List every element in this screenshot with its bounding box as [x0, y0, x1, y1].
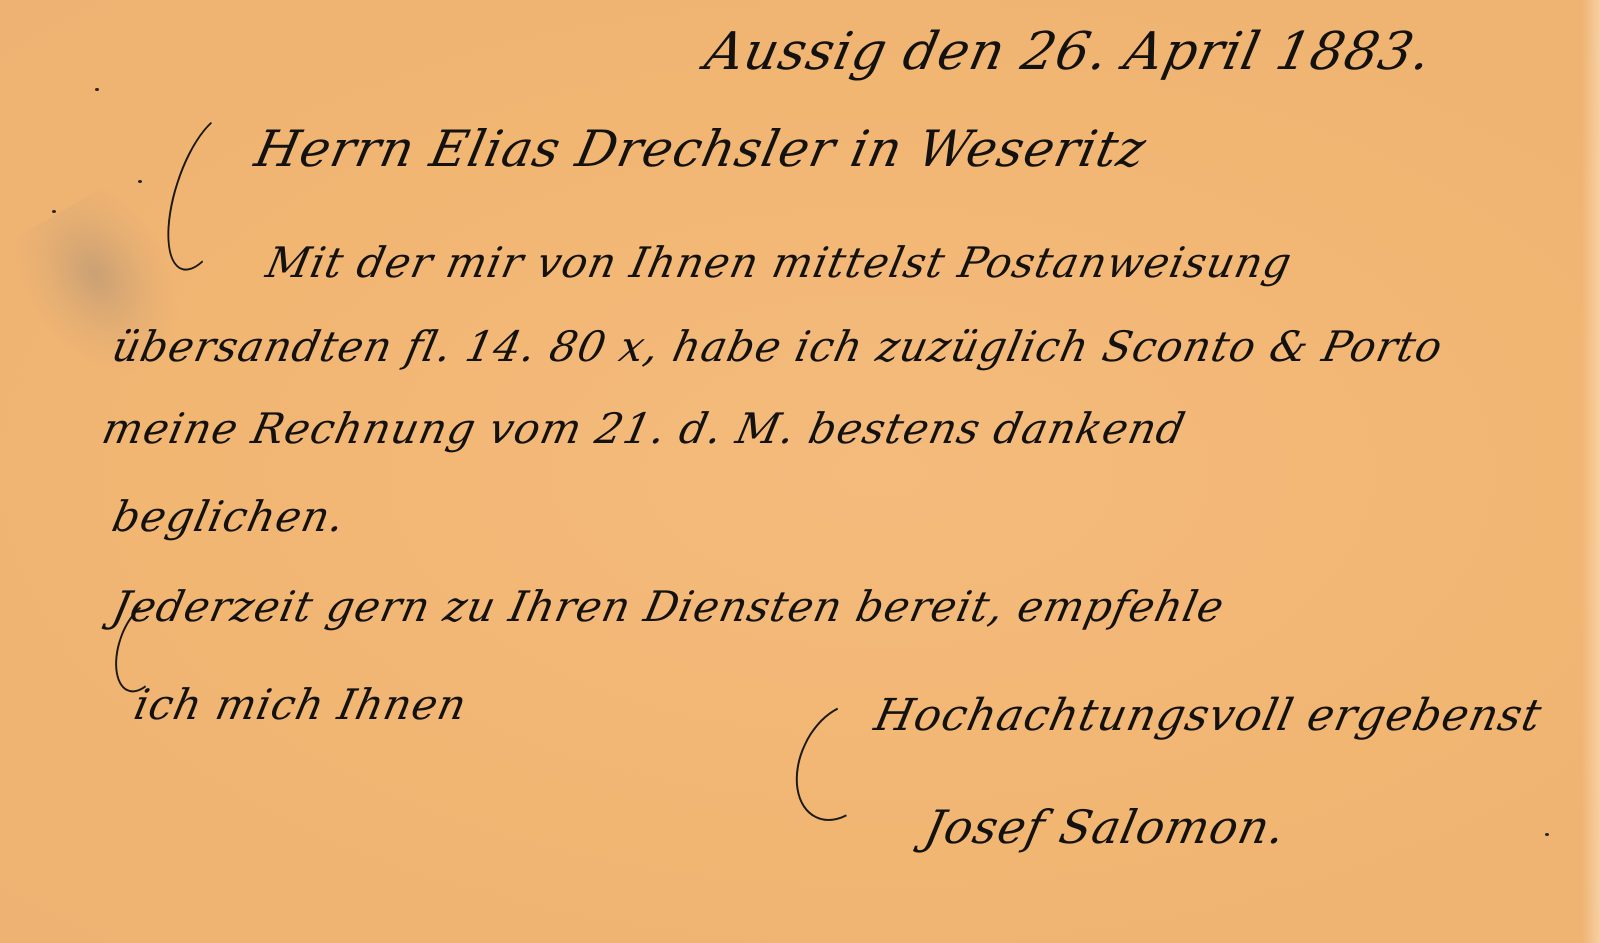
body-line-4: beglichen. [108, 492, 350, 541]
ink-speck [138, 180, 142, 183]
body-line-6: ich mich Ihnen [130, 680, 472, 729]
ink-speck [1545, 833, 1549, 836]
dateline: Aussig den 26. April 1883. [700, 22, 1437, 82]
signature: Josef Salomon. [920, 800, 1291, 854]
ink-speck [52, 210, 56, 213]
card-edge [1582, 0, 1600, 943]
postcard: Aussig den 26. April 1883. Herrn Elias D… [0, 0, 1600, 943]
addressee: Herrn Elias Drechsler in Weseritz [250, 120, 1152, 178]
body-line-5: Jederzeit gern zu Ihren Diensten bereit,… [108, 582, 1229, 631]
ink-speck [95, 88, 99, 91]
body-line-3: meine Rechnung vom 21. d. M. bestens dan… [98, 404, 1190, 453]
body-line-1: Mit der mir von Ihnen mittelst Postanwei… [262, 238, 1297, 287]
body-line-2: übersandten fl. 14. 80 x, habe ich zuzüg… [108, 322, 1447, 371]
closing-phrase: Hochachtungsvoll ergebenst [870, 690, 1547, 741]
